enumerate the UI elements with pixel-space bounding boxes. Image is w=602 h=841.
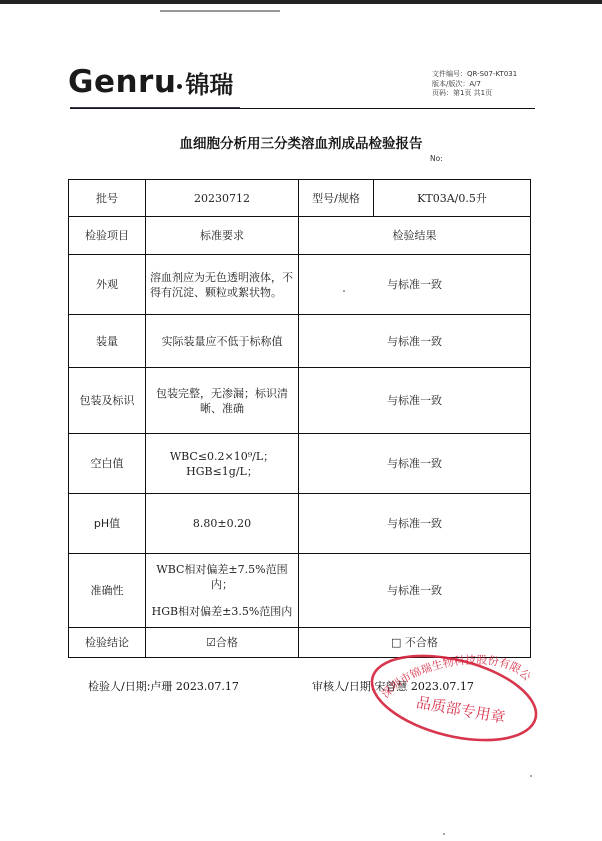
item-blank-value: 空白值 <box>69 434 146 494</box>
table-row: 外观 溶血剂应为无色透明液体，不得有沉淀、颗粒或絮状物。 与标准一致 <box>69 255 531 315</box>
logo-chinese-text: 锦瑞 <box>185 65 233 100</box>
company-logo: Genru 锦瑞 <box>68 64 233 100</box>
item-volume: 装量 <box>69 315 146 368</box>
requirement-line: HGB相对偏差±3.5%范围内 <box>150 604 294 619</box>
header-rule <box>70 108 535 109</box>
table-row: 空白值 WBC≤0.2×10⁹/L； HGB≤1g/L； 与标准一致 <box>69 434 531 494</box>
table-row: pH值 8.80±0.20 与标准一致 <box>69 494 531 554</box>
result-packaging: 与标准一致 <box>299 368 531 434</box>
version: 版本/版次：A/7 <box>432 80 517 90</box>
header-requirement: 标准要求 <box>146 217 299 255</box>
conclusion-label: 检验结论 <box>69 628 146 658</box>
item-appearance: 外观 <box>69 255 146 315</box>
page-number: 页码：第1页 共1页 <box>432 89 517 99</box>
requirement-appearance: 溶血剂应为无色透明液体，不得有沉淀、颗粒或絮状物。 <box>146 255 299 315</box>
seal-inner-text: 品质部专用章 <box>415 693 507 726</box>
inspector-date: 2023.07.17 <box>176 680 239 693</box>
seal-outer-text: 深圳市锦瑞生物科技股份有限公司 <box>365 652 534 701</box>
svg-text:深圳市锦瑞生物科技股份有限公司: 深圳市锦瑞生物科技股份有限公司 <box>365 652 534 701</box>
model-label: 型号/规格 <box>299 180 374 217</box>
requirement-line: WBC≤0.2×10⁹/L； <box>150 449 294 464</box>
requirement-blank-value: WBC≤0.2×10⁹/L； HGB≤1g/L； <box>146 434 299 494</box>
logo-dot-icon <box>177 84 182 89</box>
item-accuracy: 准确性 <box>69 554 146 628</box>
conclusion-pass-checkbox[interactable]: ☑合格 <box>146 628 299 658</box>
requirement-ph: 8.80±0.20 <box>146 494 299 554</box>
item-ph: pH值 <box>69 494 146 554</box>
inspector-label: 检验人/日期: <box>88 680 150 693</box>
requirement-line: WBC相对偏差±7.5%范围内； <box>150 562 294 592</box>
requirement-line: HGB≤1g/L； <box>150 464 294 479</box>
result-volume: 与标准一致 <box>299 315 531 368</box>
column-header-row: 检验项目 标准要求 检验结果 <box>69 217 531 255</box>
result-blank-value: 与标准一致 <box>299 434 531 494</box>
result-appearance: 与标准一致 <box>299 255 531 315</box>
table-row: 准确性 WBC相对偏差±7.5%范围内； HGB相对偏差±3.5%范围内 与标准… <box>69 554 531 628</box>
result-accuracy: 与标准一致 <box>299 554 531 628</box>
inspector-name: 卢珊 <box>150 680 172 693</box>
inspector-signature: 检验人/日期:卢珊 2023.07.17 <box>88 678 239 694</box>
model-value: KT03A/0.5升 <box>374 180 531 217</box>
logo-latin-text: Genru <box>68 64 176 100</box>
batch-value: 20230712 <box>146 180 299 217</box>
scan-edge <box>0 0 602 4</box>
quality-department-seal-icon: 深圳市锦瑞生物科技股份有限公司 品质部专用章 <box>365 652 543 744</box>
requirement-packaging: 包装完整，无渗漏；标识清晰、准确 <box>146 368 299 434</box>
document-info: 文件编号：QR-S07-KT031 版本/版次：A/7 页码：第1页 共1页 <box>432 70 517 99</box>
header-result: 检验结果 <box>299 217 531 255</box>
table-row: 装量 实际装量应不低于标称值 与标准一致 <box>69 315 531 368</box>
result-ph: 与标准一致 <box>299 494 531 554</box>
report-number-label: No: <box>430 154 443 163</box>
file-number: 文件编号：QR-S07-KT031 <box>432 70 517 80</box>
item-packaging: 包装及标识 <box>69 368 146 434</box>
scan-artifact <box>160 10 280 12</box>
table-row: 包装及标识 包装完整，无渗漏；标识清晰、准确 与标准一致 <box>69 368 531 434</box>
batch-row: 批号 20230712 型号/规格 KT03A/0.5升 <box>69 180 531 217</box>
batch-label: 批号 <box>69 180 146 217</box>
header-item: 检验项目 <box>69 217 146 255</box>
requirement-accuracy: WBC相对偏差±7.5%范围内； HGB相对偏差±3.5%范围内 <box>146 554 299 628</box>
inspection-table: 批号 20230712 型号/规格 KT03A/0.5升 检验项目 标准要求 检… <box>68 179 531 658</box>
requirement-volume: 实际装量应不低于标称值 <box>146 315 299 368</box>
report-title: 血细胞分析用三分类溶血剂成品检验报告 <box>0 132 602 152</box>
